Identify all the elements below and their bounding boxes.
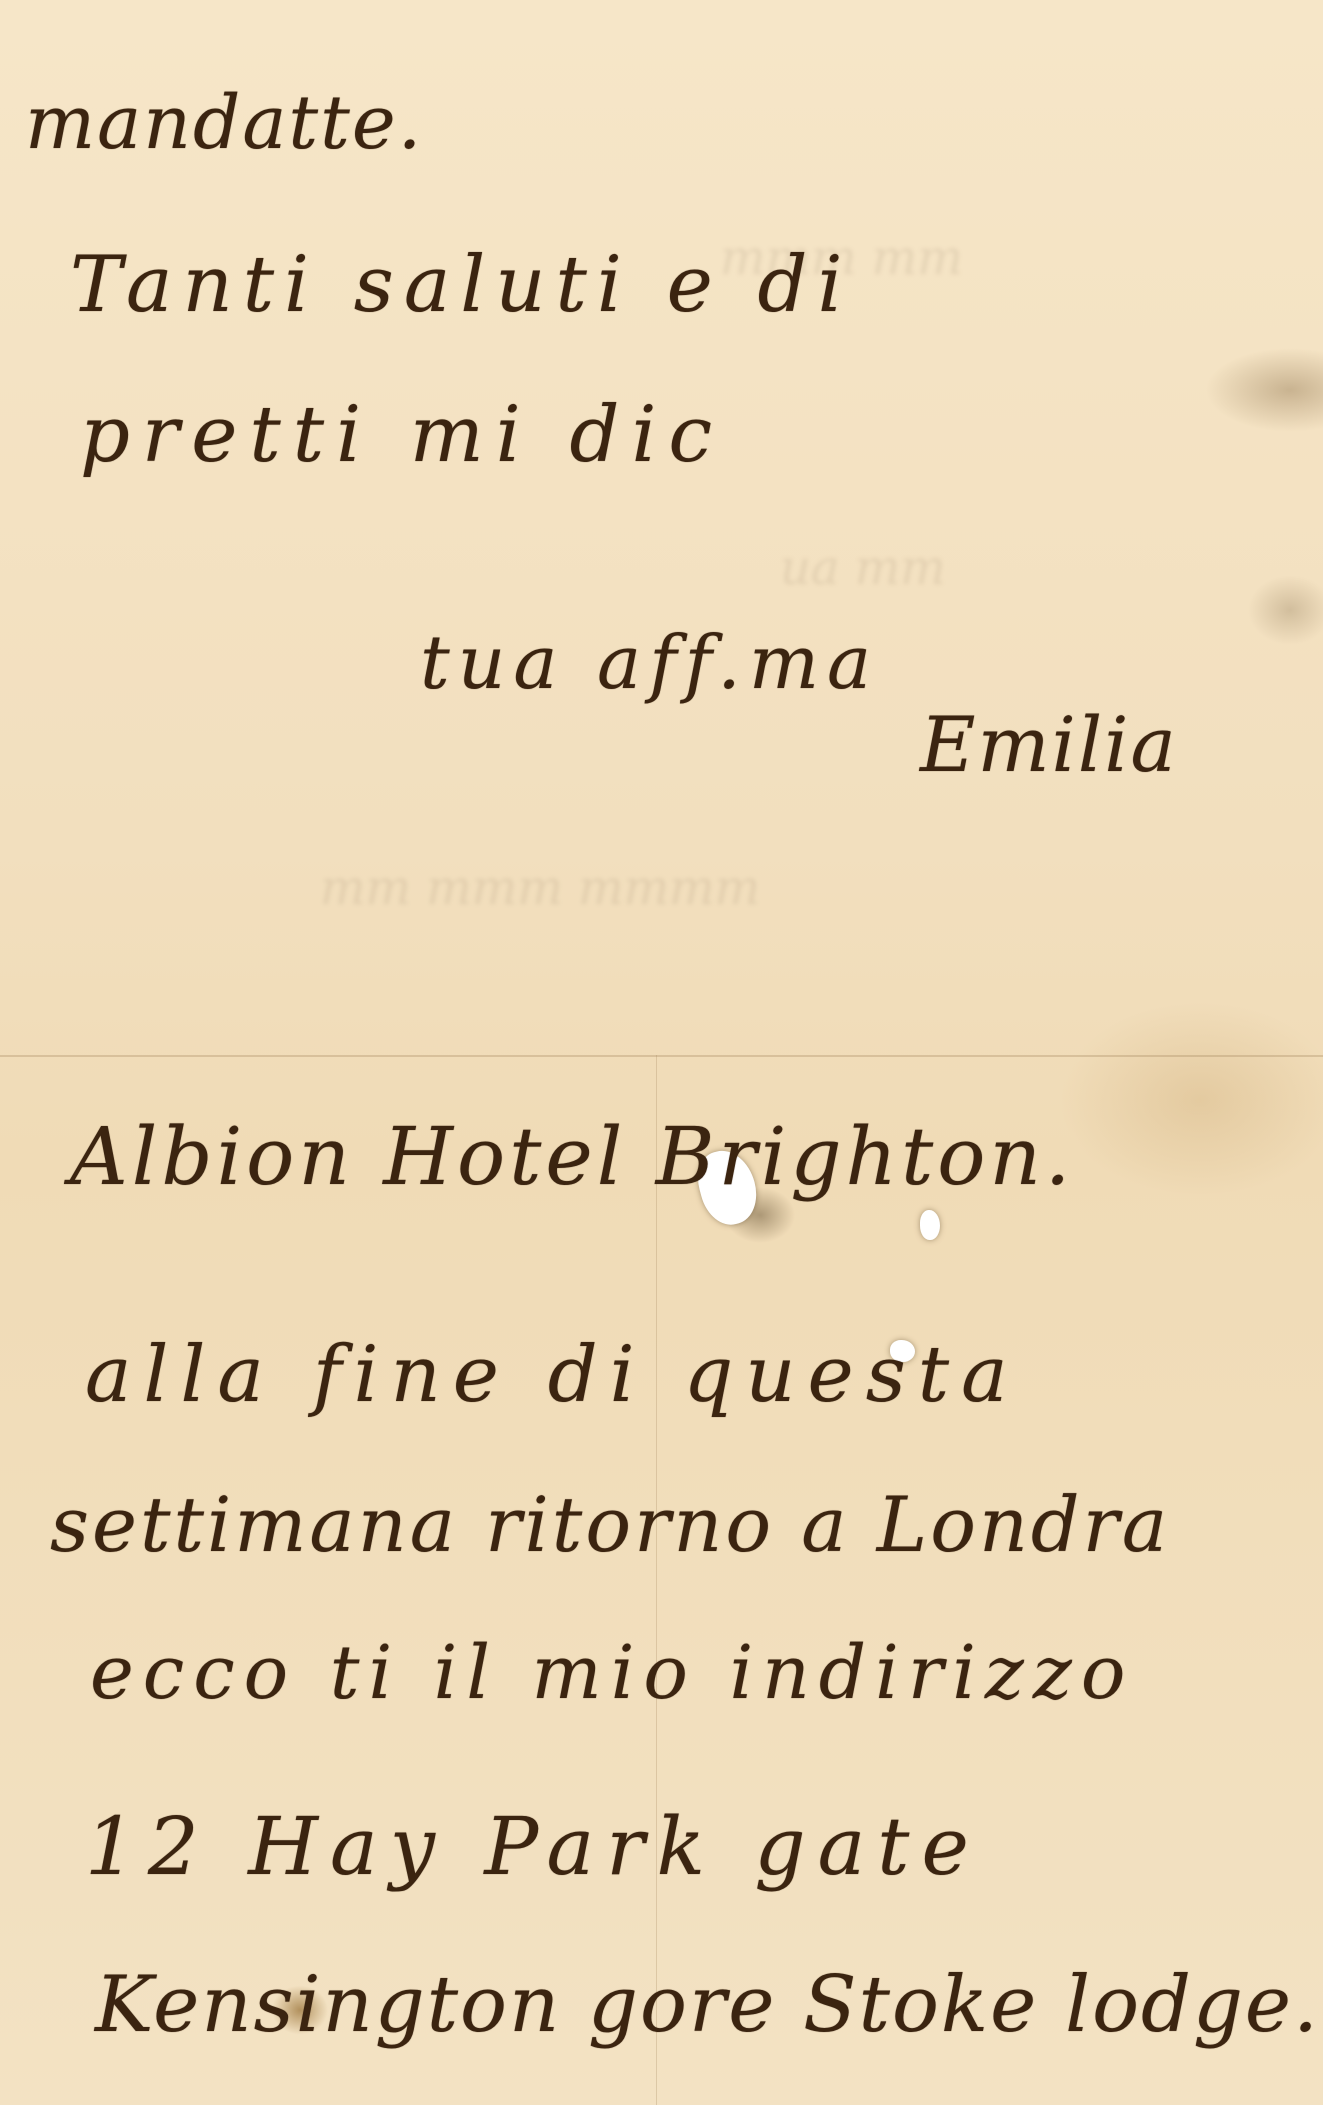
fold-crease-vertical [656, 1055, 657, 2105]
letter-line: pretti mi dic [80, 390, 724, 480]
letter-line: Tanti saluti e di [70, 240, 852, 330]
letter-line: tua aff.ma [420, 620, 879, 706]
letter-line: alla fine di questa [85, 1330, 1020, 1420]
address-line: 12 Hay Park gate [85, 1800, 981, 1893]
letter-line: settimana ritorno a Londra [50, 1480, 1170, 1569]
letter-line: mandatte. [25, 80, 423, 166]
letter-page: mmm mm ua mm mm mmm mmmm mandatte. Tanti… [0, 0, 1323, 2105]
signature: Emilia [920, 700, 1178, 789]
letter-line: Albion Hotel Brighton. [70, 1110, 1074, 1203]
bleed-through-text: ua mm [780, 540, 946, 596]
address-line: Kensington gore Stoke lodge. [95, 1960, 1320, 2050]
letter-line: ecco ti il mio indirizzo [90, 1630, 1134, 1716]
fold-crease-horizontal [0, 1055, 1323, 1057]
paper-hole [920, 1210, 940, 1240]
bleed-through-text: mm mmm mmmm [320, 860, 760, 916]
